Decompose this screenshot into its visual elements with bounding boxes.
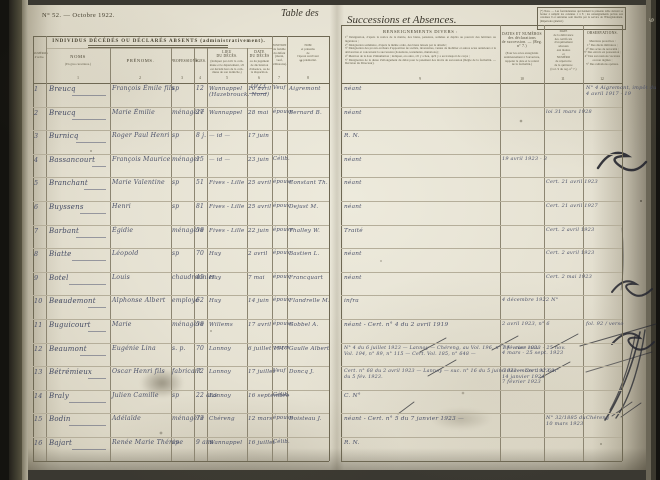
right-row-3-renseignements: R. N. — [344, 133, 360, 139]
right-row-7-renseignements: Traité — [344, 228, 363, 234]
col-num-right: 10 — [516, 77, 528, 81]
header-renseignements: RENSEIGNEMENTS DIVERS : — [341, 29, 500, 34]
rt-row-line — [341, 177, 622, 178]
right-row-14-renseignements: C. N° — [344, 393, 361, 399]
right-row-5-date_cert: Cert. 21 avril 1923 — [546, 180, 598, 186]
left-row-8-date: 2 avril — [248, 251, 267, 257]
header-banner: INDIVIDUS DÉCÉDÉS OU DÉCLARÉS ABSENTS (a… — [46, 39, 272, 44]
left-row-11-lieu: Willems — [209, 322, 233, 328]
left-row-8-prenoms: Léopold — [112, 251, 139, 258]
left-row-4-age: 15 — [196, 157, 204, 164]
left-row-12-nom: Beaumont — [49, 346, 87, 354]
col-num-left: 5 — [221, 76, 233, 80]
left-row-11-date: 17 avril — [248, 322, 271, 328]
lt-top — [33, 36, 329, 37]
rt-vline — [583, 25, 584, 461]
col-num-left: 4 — [194, 76, 206, 80]
col-num-right: 11 — [557, 77, 569, 81]
rt-vline — [544, 25, 545, 461]
left-row-13-etat: Veuf — [273, 369, 286, 375]
rt-vline — [500, 25, 501, 461]
right-row-7-date_cert: Cert. 2 avril 1923 — [546, 228, 594, 234]
header-numero: NUMÉROS d'ordre. — [33, 52, 46, 60]
left-row-2-age: 27 — [196, 110, 204, 117]
left-row-16-etat: Célib. — [273, 440, 290, 446]
rt-row-line — [341, 390, 622, 391]
right-row-11-dates_numeros: 2 avril 1923, n° 6 — [502, 322, 550, 328]
left-row-9-prenoms: Louis — [112, 275, 130, 282]
right-row-12-dates_numeros: 7 février 1923 - 25 nov. 4 mars - 25 sep… — [502, 346, 566, 357]
left-row-3-num: 3 — [34, 133, 38, 140]
left-row-11-num: 11 — [34, 322, 43, 329]
right-row-15-observations: Chéreng — [586, 416, 609, 422]
name-flourish — [76, 142, 106, 143]
right-row-1-renseignements: néant — [344, 86, 362, 92]
bottom-vignette — [28, 448, 646, 470]
name-flourish — [88, 378, 106, 379]
name-flourish — [72, 449, 106, 450]
left-row-8-epoux: Bastien L. — [289, 251, 320, 257]
header-ages: ÂGES. — [194, 59, 207, 63]
left-row-9-nom: Botel — [49, 275, 69, 283]
left-row-2-nom: Breucq — [49, 110, 76, 118]
name-flourish — [72, 95, 106, 96]
lt-row-line — [33, 154, 329, 155]
left-row-3-nom: Burnicq — [49, 133, 79, 141]
left-row-15-prenoms: Adélaïde — [112, 416, 141, 423]
lt-row-line — [33, 272, 329, 273]
rt-row-line — [341, 295, 622, 296]
header-lieu: LIEU DU DÉCÈS. — [207, 50, 247, 58]
left-row-4-date: 23 juin — [248, 157, 269, 163]
left-row-13-epoux: Doncq J. — [289, 369, 314, 375]
left-row-15-num: 15 — [34, 416, 43, 423]
name-flourish — [69, 284, 107, 285]
name-flourish — [80, 213, 106, 214]
left-row-14-nom: Braly — [49, 393, 69, 401]
col-num-left: 6 — [253, 76, 265, 80]
left-row-8-profession: sp — [172, 251, 179, 258]
left-row-15-lieu: Chéreng — [209, 416, 235, 422]
left-row-13-age: 72 — [196, 369, 204, 376]
left-row-14-num: 14 — [34, 393, 43, 400]
left-row-9-lieu: Huy — [209, 275, 221, 281]
rt-row-line — [341, 437, 622, 438]
left-row-10-date: 14 juin — [248, 298, 269, 304]
lt-header-bottom — [33, 83, 329, 84]
left-row-1-epoux: Aigremont — [289, 86, 321, 92]
col-num-left: 2 — [134, 76, 146, 80]
left-row-7-epoux: Thalley W. — [289, 228, 320, 234]
rt-row-line — [341, 154, 622, 155]
left-row-15-nom: Bodin — [49, 416, 71, 424]
left-row-16-date: 16 juillet — [248, 440, 275, 446]
left-row-16-lieu: Wannappel — [209, 440, 242, 446]
name-flourish — [88, 307, 106, 308]
left-row-3-profession: sp — [172, 133, 179, 140]
lt-row-line — [33, 390, 329, 391]
left-row-2-date: 28 mai — [248, 110, 269, 116]
col-num-right: 9 — [414, 77, 426, 81]
lt-banner-bottom — [46, 48, 272, 49]
header-date-sub: ou du jugement de déclaration d'absence,… — [247, 60, 272, 75]
left-row-5-nom: Branchant — [49, 180, 88, 188]
left-row-2-lieu: Wannappel — [209, 110, 242, 116]
left-row-6-age: 81 — [196, 204, 204, 211]
name-flourish — [76, 237, 106, 238]
name-flourish — [69, 425, 107, 426]
left-row-11-age: 58 — [196, 322, 204, 329]
left-row-12-prenoms: Eugénie Lina — [112, 346, 156, 353]
left-row-6-prenoms: Henri — [112, 204, 131, 211]
form-number: N° 52. — Octobre 1922. — [42, 12, 115, 19]
rt-row-line — [341, 248, 622, 249]
header-dates-numeros-sub: (Pour les actes enregistrés antérieureme… — [500, 52, 544, 67]
left-row-9-age: 45 — [196, 275, 204, 282]
page-curl-shadow — [592, 5, 646, 470]
left-row-16-num: 16 — [34, 440, 43, 447]
left-row-5-num: 5 — [34, 180, 38, 187]
left-row-4-lieu: — id — — [209, 157, 230, 163]
right-row-11-observations: fol. 92 / verso — [586, 322, 624, 328]
lt-row-line — [33, 130, 329, 131]
left-row-1-age: 12 — [196, 86, 204, 93]
left-row-13-num: 13 — [34, 369, 43, 376]
left-row-1-nom: Breucq — [49, 86, 76, 94]
left-row-9-etat: époux — [273, 275, 290, 281]
left-row-8-lieu: Huy — [209, 251, 221, 257]
left-row-11-prenoms: Marie — [112, 322, 132, 329]
left-row-5-profession: sp — [172, 180, 179, 187]
left-row-7-age: 58 — [196, 228, 204, 235]
right-row-8-renseignements: néant — [344, 251, 362, 257]
left-row-13-nom: Bétrémieux — [49, 369, 92, 377]
scanned-register-page: N° 52. — Octobre 1922. Table des Success… — [0, 0, 660, 480]
rt-row-line — [341, 225, 622, 226]
rt-bottom — [341, 461, 622, 462]
left-row-4-nom: Bassancourt — [49, 157, 95, 165]
left-row-4-num: 4 — [34, 157, 38, 164]
left-row-13-lieu: Lannoy — [209, 369, 231, 375]
name-flourish — [72, 260, 106, 261]
left-row-6-date: 25 avril — [248, 204, 271, 210]
left-row-11-epoux: Gobbel A. — [289, 322, 319, 328]
header-noms: NOMS — [46, 54, 110, 59]
left-row-12-age: 70 — [196, 346, 204, 353]
right-row-11-renseignements: néant - Cert. n° 4 du 2 avril 1919 — [344, 322, 448, 328]
right-row-4-dates_numeros: 19 avril 1923 - 3 — [502, 157, 547, 163]
name-flourish — [88, 331, 106, 332]
lt-bottom — [33, 461, 329, 462]
left-row-10-lieu: Huy — [209, 298, 221, 304]
left-row-10-prenoms: Alphonse Albert — [112, 298, 165, 305]
right-row-1-observations: N° 4 Aigremont, impôt du 4 avril 1917 - … — [586, 86, 657, 97]
right-row-6-renseignements: néant — [344, 204, 362, 210]
right-row-6-date_cert: Cert. 21 avril 1927 — [546, 204, 598, 210]
left-row-8-nom: Biatte — [49, 251, 72, 259]
left-row-4-etat: Célib. — [273, 157, 290, 163]
left-row-10-age: 62 — [196, 298, 204, 305]
page-stack-dark — [656, 0, 660, 480]
left-row-5-lieu: Fives - Lille — [209, 180, 244, 186]
left-row-9-date: 7 mai — [248, 275, 265, 281]
rt-row-line — [341, 107, 622, 108]
left-row-1-num: 1 — [34, 86, 38, 93]
name-flourish — [69, 402, 107, 403]
left-row-6-epoux: Dejust M. — [289, 204, 318, 210]
left-row-10-etat: époux — [273, 298, 290, 304]
left-row-10-num: 10 — [34, 298, 43, 305]
col-num-left: 3 — [176, 76, 188, 80]
name-flourish — [80, 355, 106, 356]
header-etat: POSITION de famille du défunt (marié, ve… — [272, 44, 287, 67]
left-row-9-num: 9 — [34, 275, 38, 282]
page-number: 9 — [647, 18, 655, 22]
left-row-12-lieu: Lannoy — [209, 346, 231, 352]
left-row-14-etat: Célib. — [273, 393, 290, 399]
left-row-3-date: 17 juin — [248, 133, 269, 139]
left-row-12-epoux: Gaulle Albert — [289, 346, 329, 352]
left-row-12-etat: veuve — [273, 346, 290, 352]
left-row-1-profession: sp — [172, 86, 179, 93]
header-date: DATE DU DÉCÈS — [247, 50, 272, 58]
right-row-8-date_cert: Cert. 2 avril 1923 — [546, 251, 594, 257]
rt-row-line — [341, 366, 622, 367]
left-row-7-num: 7 — [34, 228, 38, 235]
left-row-6-num: 6 — [34, 204, 38, 211]
left-row-4-prenoms: François Maurice — [112, 157, 171, 164]
header-date-cert: DATE de la délivrance des certificats d'… — [544, 30, 583, 71]
left-row-7-prenoms: Égidie — [112, 228, 133, 235]
left-row-8-age: 70 — [196, 251, 204, 258]
left-row-9-epoux: Francquart — [289, 275, 323, 281]
left-row-11-nom: Buguicourt — [49, 322, 91, 330]
lt-row-line — [33, 201, 329, 202]
header-dates-numeros: DATES ET NUMÉROS des déclarations de suc… — [500, 32, 544, 48]
rt-row-line — [341, 272, 622, 273]
right-row-5-renseignements: néant — [344, 180, 362, 186]
left-row-3-age: 8 j. — [196, 133, 206, 140]
left-row-7-lieu: Fives - Lille — [209, 228, 244, 234]
left-row-5-date: 25 avril — [248, 180, 271, 186]
lt-row-line — [33, 319, 329, 320]
left-row-7-date: 22 juin — [248, 228, 269, 234]
left-row-2-prenoms: Marie Émilie — [112, 110, 155, 117]
right-row-9-renseignements: néant — [344, 275, 362, 281]
right-row-16-renseignements: R. N. — [344, 440, 360, 446]
binding-left-dark — [0, 0, 9, 480]
col-num-left: 7 — [273, 76, 285, 80]
nota-box: (*) Nota. — Les fonctionnaires qui tienn… — [537, 7, 626, 30]
rt-vline — [341, 25, 342, 461]
header-observations: OBSERVATIONS. — [583, 31, 622, 35]
left-row-10-profession: employé — [172, 298, 199, 305]
left-row-16-nom: Bajart — [49, 440, 72, 448]
right-row-13-dates_numeros: 6 décembre 1923, n° 14 janvier 1924 7 fé… — [502, 369, 559, 386]
left-row-2-epoux: Bernard B. — [289, 110, 322, 116]
left-row-12-num: 12 — [34, 346, 43, 353]
left-row-1-prenoms: François Émile fils — [112, 86, 174, 93]
left-row-1-date: 10 avril — [248, 86, 271, 92]
left-row-14-profession: sp — [172, 393, 179, 400]
rt-row-line — [341, 130, 622, 131]
name-flourish — [72, 119, 106, 120]
left-row-13-prenoms: Oscar Henri fils — [112, 369, 165, 376]
lt-row-line — [33, 225, 329, 226]
name-flourish — [84, 189, 106, 190]
header-observations-body: Mentions prescrites : 1° Des décès milit… — [583, 40, 622, 66]
lt-row-line — [33, 107, 329, 108]
col-num-right: 12 — [596, 77, 608, 81]
lt-vline — [329, 36, 330, 461]
left-row-15-date: 12 mars — [248, 416, 272, 422]
right-row-2-date_cert: loi 31 mars 1928 — [546, 110, 592, 116]
dust-specks — [0, 0, 2, 2]
left-row-10-epoux: Flandrelle M. — [289, 298, 330, 304]
left-row-12-profession: s. p. — [172, 346, 186, 353]
right-row-15-date_cert: N° 32/1885 du 10 mars 1923 — [546, 416, 586, 427]
right-row-10-dates_numeros: 4 décembre 1922 N° — [502, 298, 558, 304]
right-row-4-renseignements: néant — [344, 157, 362, 163]
left-row-7-nom: Barbant — [49, 228, 79, 236]
name-flourish — [92, 166, 106, 167]
rt-header-bottom — [341, 83, 622, 84]
left-row-14-lieu: Lannoy — [209, 393, 231, 399]
header-lieu-sub: (Indiquer par écrit la com- mune et le d… — [207, 60, 247, 75]
left-row-2-num: 2 — [34, 110, 38, 117]
right-row-10-renseignements: infra — [344, 298, 359, 304]
right-row-2-renseignements: néant — [344, 110, 362, 116]
rt-row-line — [341, 413, 622, 414]
header-noms-sub: (En gros caractères.) — [46, 63, 110, 67]
header-professions: PROFESSIONS. — [171, 59, 194, 63]
col-num-left: 8 — [302, 76, 314, 80]
rt-row-line — [341, 201, 622, 202]
header-epoux: NOM et prénoms de l'époux survivant ou p… — [287, 44, 329, 63]
left-row-8-etat: époux — [273, 251, 290, 257]
lt-row-line — [33, 343, 329, 344]
rt-row-line — [341, 319, 622, 320]
left-row-5-epoux: Constant Th. — [289, 180, 328, 186]
left-row-5-prenoms: Marie Valentine — [112, 180, 165, 187]
title-table-des: Table des — [281, 8, 319, 19]
left-row-13-date: 17 juillet — [248, 369, 275, 375]
right-row-15-renseignements: néant - Cert. n° 5 du 7 janvier 1923 — — [344, 416, 464, 422]
left-row-6-nom: Buyssens — [49, 204, 84, 212]
left-row-6-lieu: Fives - Lille — [209, 204, 244, 210]
left-row-5-age: 51 — [196, 180, 204, 187]
left-row-3-prenoms: Roger Paul Henri — [112, 133, 170, 140]
right-row-9-date_cert: Cert. 2 mai 1923 — [546, 275, 592, 281]
left-row-15-epoux: Doisteau J. — [289, 416, 322, 422]
left-row-8-num: 8 — [34, 251, 38, 258]
col-num-left: 1 — [72, 76, 84, 80]
rt-row-line — [341, 343, 622, 344]
left-row-3-lieu: — id — — [209, 133, 230, 139]
lt-row-line — [33, 366, 329, 367]
left-row-14-prenoms: Julien Camille — [112, 393, 159, 400]
left-row-10-nom: Beaudemont — [49, 298, 96, 306]
rt-top — [341, 25, 622, 26]
left-row-16-profession: sp — [172, 440, 179, 447]
left-row-6-etat: époux — [273, 204, 290, 210]
header-prenoms: PRÉNOMS. — [110, 58, 171, 63]
left-row-15-age: 73 — [196, 416, 204, 423]
header-renseignements-body: 1° Désignation, d'après la notice de la … — [345, 36, 496, 66]
left-row-6-profession: sp — [172, 204, 179, 211]
left-row-1-etat: Veuf — [273, 86, 286, 92]
binding-left-shade — [9, 0, 22, 480]
lt-row-line — [33, 437, 329, 438]
lt-vline — [110, 48, 111, 461]
